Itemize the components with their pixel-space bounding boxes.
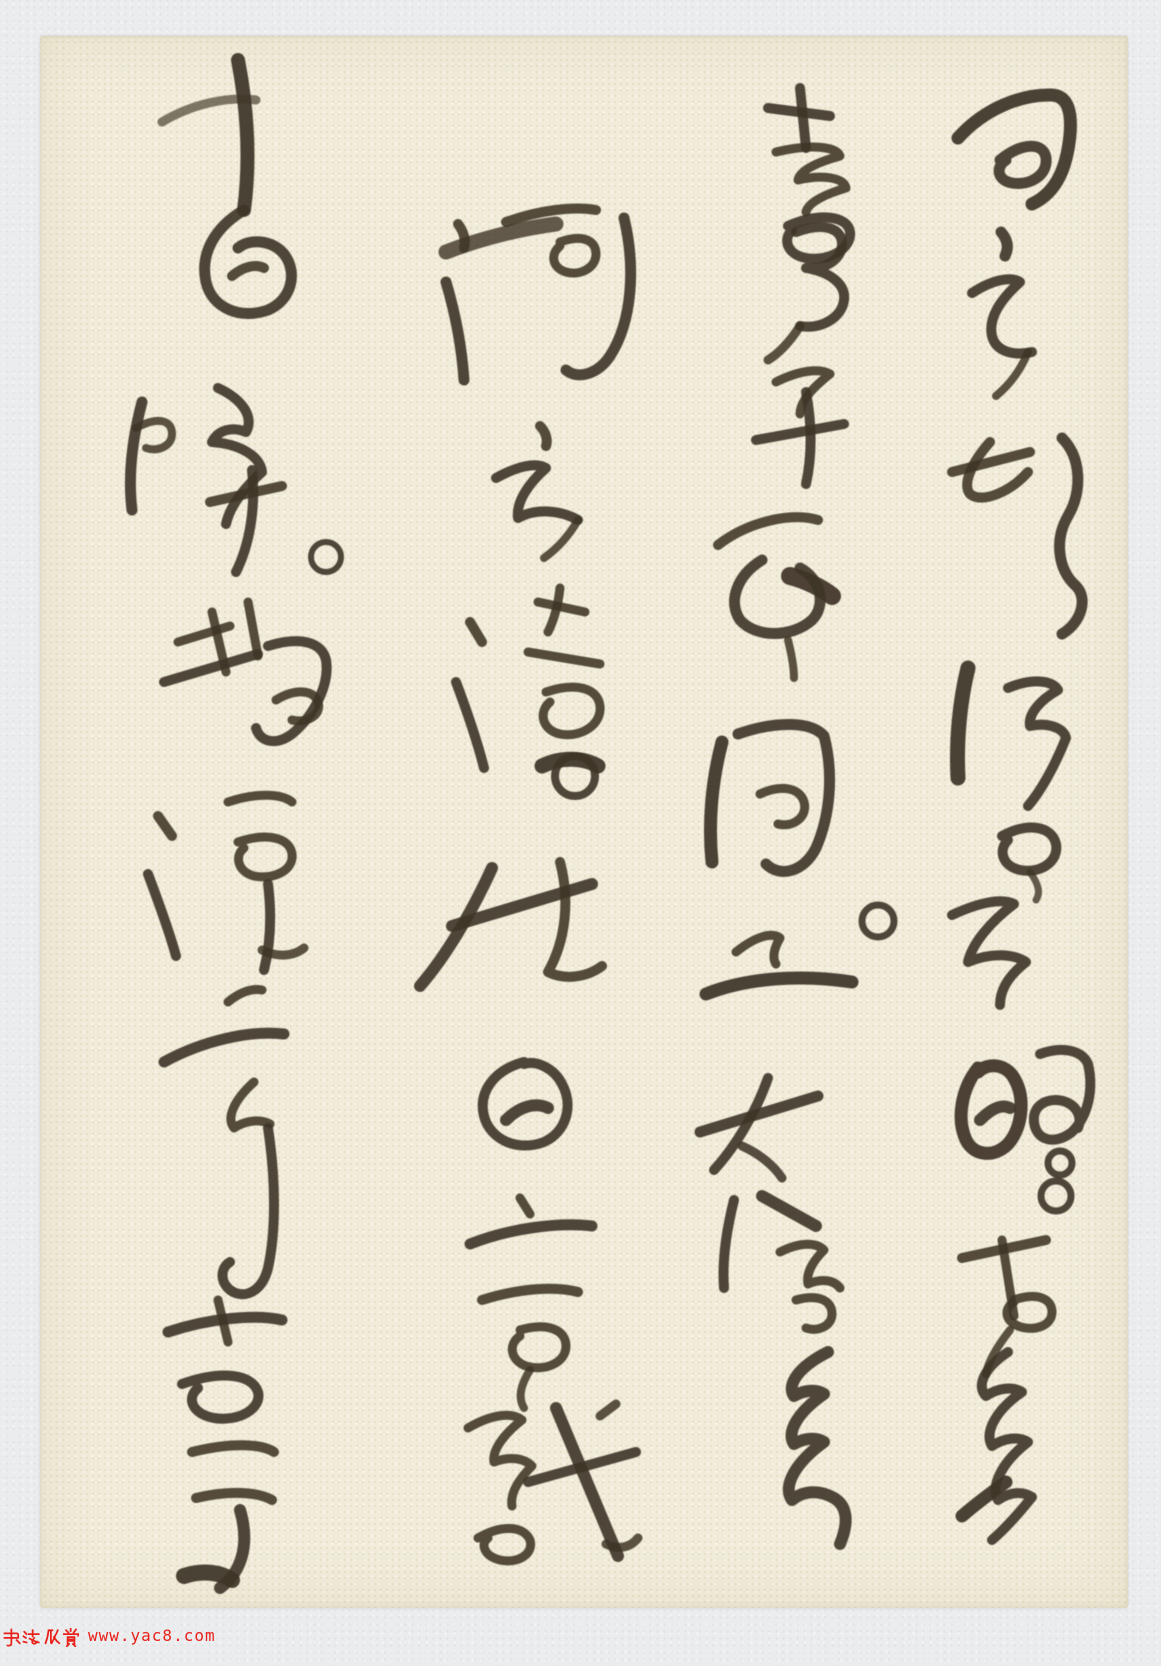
calligraphy-glyph	[456, 588, 600, 768]
watermark-cjk-text	[3, 1628, 79, 1647]
watermark-url: www.yac8.com	[88, 1628, 216, 1644]
scanned-photo: www.yac8.com	[0, 0, 1161, 1666]
calligraphy-glyph	[962, 1352, 1032, 1540]
punctuation-circle	[311, 542, 341, 572]
duplication-mark	[1048, 1151, 1072, 1175]
calligraphy-glyph	[768, 227, 844, 360]
calligraphy-glyph	[168, 1300, 282, 1588]
calligraphy-glyph	[952, 901, 1026, 1005]
paper-stain	[448, 868, 456, 876]
calligraphy-glyph	[952, 438, 1082, 634]
calligraphy-glyph	[756, 371, 844, 484]
calligraphy-glyph	[420, 862, 602, 986]
calligraphy-glyph	[148, 795, 304, 970]
calligraphy-glyph	[496, 426, 578, 558]
calligraphy-glyph	[957, 668, 1066, 900]
paper-stain	[1073, 833, 1083, 843]
paper-stain	[903, 341, 911, 349]
punctuation-circle	[862, 905, 894, 937]
calligraphy-glyph	[718, 517, 832, 678]
ink-fleck	[1038, 1506, 1070, 1546]
calligraphy-glyph	[723, 1196, 840, 1329]
site-watermark: www.yac8.com	[3, 1626, 216, 1648]
calligraphy-artwork	[0, 0, 1161, 1666]
calligraphy-glyph	[706, 935, 852, 994]
calligraphy-glyph	[483, 1062, 568, 1146]
calligraphy-glyph	[468, 1404, 638, 1561]
calligraphy-glyph	[789, 1352, 846, 1544]
calligraphy-glyph	[164, 990, 284, 1295]
calligraphy-glyph	[470, 1198, 592, 1408]
duplication-mark	[1041, 1181, 1071, 1211]
calligraphy-glyph	[961, 1050, 1090, 1153]
calligraphy-glyph	[700, 1078, 818, 1178]
calligraphy-glyph	[162, 60, 291, 314]
calligraphy-glyph	[130, 388, 282, 572]
calligraphy-glyph	[164, 602, 327, 741]
calligraphy-glyph	[710, 724, 829, 871]
calligraphy-glyph	[972, 232, 1032, 396]
calligraphy-glyph	[958, 95, 1070, 204]
